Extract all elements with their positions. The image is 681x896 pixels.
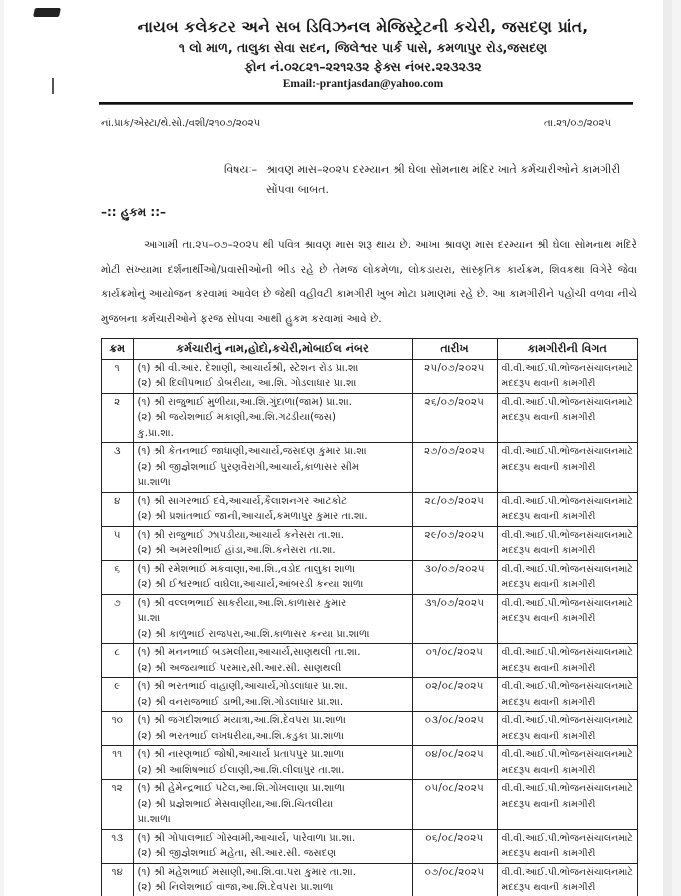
employee-line: (૨) શ્રી ઈશ્વરભાઈ વાઘેલા,આચાર્ય,આંબરડી ક… (138, 577, 408, 593)
task-line: વી.વી.આઈ.પી.ભોજનસંચાલનમાટે (502, 713, 633, 729)
duty-date-cell: ૦૫/૦૮/૨૦૨૫ (412, 780, 497, 830)
duty-date-cell: ૨૯/૦૭/૨૦૨૫ (412, 526, 497, 560)
employee-names-cell: (૧) શ્રી વલ્લભભાઈ સાકરીયા,આ.શિ.કાળાસર કુ… (133, 594, 412, 644)
serial-no-cell: ૮ (102, 644, 134, 678)
employee-line: (૧) શ્રી જગદીશભાઈ મયાત્રા,આ.શિ.દેવપરા પ્… (138, 713, 408, 729)
employee-line: (૧) શ્રી રાજુભાઈ મુળીયા,આ.શિ.ગુંદાળા(જામ… (138, 395, 408, 411)
task-line: મદદરૂપ થવાની કામગીરી (502, 611, 633, 627)
serial-no-cell: ૧૩ (102, 829, 134, 863)
serial-no-cell: ૧૧ (102, 746, 134, 780)
table-row: ૧૪(૧) શ્રી મહેશભાઈ મસાણી,આ.શિ.વા.પરા કુમ… (102, 863, 638, 896)
letterhead-divider (99, 102, 633, 105)
employee-names-cell: (૧) શ્રી રાજુભાઈ ઝાપડીયા,આચાર્ય કનેસરા ત… (133, 526, 412, 560)
table-row: ૧(૧) શ્રી વી.આર. દેશાણી, આચાર્યશ્રી, સ્ટ… (102, 359, 638, 393)
duty-assignment-table: ક્રમ કર્મચારીનું નામ,હોદો,કચેરી,મોબાઈલ ન… (101, 338, 638, 896)
subject-text: શ્રાવણ માસ–૨૦૨૫ દરમ્યાન શ્રી ઘેલા સોમનાથ… (266, 160, 636, 200)
task-details-cell: વી.વી.આઈ.પી.ભોજનસંચાલનમાટેમદદરૂપ થવાની ક… (497, 644, 637, 678)
employee-names-cell: (૧) શ્રી કેતનભાઈ જાધાણી,આચાર્ય,જસદણ કુમા… (133, 443, 412, 493)
task-details-cell: વી.વી.આઈ.પી.ભોજનસંચાલનમાટેમદદરૂપ થવાની ક… (497, 560, 637, 594)
serial-no-cell: ૧૦ (102, 712, 134, 746)
task-line: મદદરૂપ થવાની કામગીરી (502, 543, 633, 559)
task-line: વી.વી.આઈ.પી.ભોજનસંચાલનમાટે (502, 494, 633, 510)
employee-line: (૧) શ્રી કેતનભાઈ જાધાણી,આચાર્ય,જસદણ કુમા… (138, 444, 408, 460)
task-line: મદદરૂપ થવાની કામગીરી (502, 577, 633, 593)
employee-names-cell: (૧) શ્રી વી.આર. દેશાણી, આચાર્યશ્રી, સ્ટે… (133, 359, 412, 393)
task-line: વી.વી.આઈ.પી.ભોજનસંચાલનમાટે (502, 865, 633, 881)
table-row: ૬(૧) શ્રી રમેશભાઈ મકવાણા,આ.શિ.,વડોદ તાલુ… (102, 560, 638, 594)
employee-line: (૧) શ્રી ભરતભાઈ વાહાણી,આચાર્ય,ગોડલાધાર પ… (138, 679, 408, 695)
duty-date-cell: ૦૧/૦૮/૨૦૨૫ (412, 644, 497, 678)
serial-no-cell: ૫ (102, 526, 134, 560)
order-heading: –:: હુકમ ::– (101, 205, 166, 220)
employee-line: (૨) શ્રી અજયભાઈ પરમાર,સી.આર.સી. સાણથલી (138, 661, 408, 677)
serial-no-cell: ૪ (102, 492, 134, 526)
duty-date-cell: ૨૮/૦૭/૨૦૨૫ (412, 492, 497, 526)
page-edge (663, 0, 672, 896)
table-row: ૮(૧) શ્રી મનનભાઈ બડમલીયા,આચાર્ય,સાણથલી ત… (102, 644, 638, 678)
office-title: નાયબ કલેકટર અને સબ ડિવિઝનલ મેજિસ્ટ્રેટની… (54, 18, 672, 37)
table-row: ૧૦(૧) શ્રી જગદીશભાઈ મયાત્રા,આ.શિ.દેવપરા … (102, 712, 638, 746)
header-date: તારીખ (412, 339, 497, 360)
employee-line: (૨) શ્રી ભરતભાઈ લખધરીયા,આ.શિ.કડુકા પ્રા.… (138, 729, 408, 745)
duty-date-cell: ૦૨/૦૮/૨૦૨૫ (412, 678, 497, 712)
table-row: ૪(૧) શ્રી સાગરભાઈ દવે,આચાર્ય,કૈલાશનગર આટ… (102, 492, 638, 526)
employee-line: પ્રા.શાળા (138, 475, 408, 491)
employee-names-cell: (૧) શ્રી રમેશભાઈ મકવાણા,આ.શિ.,વડોદ તાલુક… (133, 560, 412, 594)
employee-line: કુ.પ્રા.શા. (138, 426, 408, 442)
employee-line: (૧) શ્રી હેમેન્દ્રભાઈ પટેલ,આ.શિ.ગોખલાણા … (138, 781, 408, 797)
duty-date-cell: ૩૧/૦૭/૨૦૨૫ (412, 594, 497, 644)
task-line: વી.વી.આઈ.પી.ભોજનસંચાલનમાટે (502, 444, 633, 460)
task-details-cell: વી.વી.આઈ.પી.ભોજનસંચાલનમાટેમદદરૂપ થવાની ક… (497, 863, 637, 896)
employee-line: (૨) શ્રી પ્રજ્ઞેશભાઈ મેસવાણીયા,આ.શિ.ચિતલ… (138, 797, 408, 813)
serial-no-cell: ૧૨ (102, 780, 134, 830)
task-line: મદદરૂપ થવાની કામગીરી (502, 729, 633, 745)
header-serial-no: ક્રમ (102, 339, 134, 360)
employee-line: (૧) શ્રી વલ્લભભાઈ સાકરીયા,આ.શિ.કાળાસર કુ… (138, 596, 408, 612)
ink-mark (33, 8, 61, 17)
task-details-cell: વી.વી.આઈ.પી.ભોજનસંચાલનમાટેમદદરૂપ થવાની ક… (497, 712, 637, 746)
employee-names-cell: (૧) શ્રી ભરતભાઈ વાહાણી,આચાર્ય,ગોડલાધાર પ… (133, 678, 412, 712)
employee-line: (૨) શ્રી નિલેશભાઈ વાજા,આ.શિ.દેવપરા પ્રા.… (138, 880, 408, 896)
reference-number: નાં.પ્રાક/એસ્ટા/થે.સો./વશી/૨૧૦૭/૨૦૨૫ (101, 118, 260, 129)
office-address: ૧ લો માળ, તાલુકા સેવા સદન, જિલેશ્વર પાર્… (54, 40, 672, 56)
employee-line: પ્રા.શા (138, 611, 408, 627)
serial-no-cell: ૧ (102, 359, 134, 393)
serial-no-cell: ૩ (102, 443, 134, 493)
table-row: ૨(૧) શ્રી રાજુભાઈ મુળીયા,આ.શિ.ગુંદાળા(જા… (102, 393, 638, 443)
header-employee-details: કર્મચારીનું નામ,હોદો,કચેરી,મોબાઈલ નંબર (133, 339, 412, 360)
duty-date-cell: ૦૩/૦૮/૨૦૨૫ (412, 712, 497, 746)
task-line: વી.વી.આઈ.પી.ભોજનસંચાલનમાટે (502, 679, 633, 695)
task-details-cell: વી.વી.આઈ.પી.ભોજનસંચાલનમાટેમદદરૂપ થવાની ક… (497, 443, 637, 493)
serial-no-cell: ૧૪ (102, 863, 134, 896)
table-row: ૧૧(૧) શ્રી નારણભાઈ જોષી,આચાર્ય પ્રતાપપુર… (102, 746, 638, 780)
duty-date-cell: ૨૫/૦૭/૨૦૨૫ (412, 359, 497, 393)
letterhead: નાયબ કલેકટર અને સબ ડિવિઝનલ મેજિસ્ટ્રેટની… (4, 18, 672, 90)
task-line: મદદરૂપ થવાની કામગીરી (502, 763, 633, 779)
table-row: ૯(૧) શ્રી ભરતભાઈ વાહાણી,આચાર્ય,ગોડલાધાર … (102, 678, 638, 712)
employee-line: (૨) શ્રી જયેશભાઈ મકાણી,આ.શિ.ગઢડીયા(જસ) (138, 410, 408, 426)
document-page: નાયબ કલેકટર અને સબ ડિવિઝનલ મેજિસ્ટ્રેટની… (4, 0, 672, 896)
employee-line: (૨) શ્રી આશિષભાઈ ઈલાણી,આ.શિ.લીલાપુર તા.શ… (138, 763, 408, 779)
task-line: મદદરૂપ થવાની કામગીરી (502, 846, 633, 862)
table-header-row: ક્રમ કર્મચારીનું નામ,હોદો,કચેરી,મોબાઈલ ન… (102, 339, 638, 360)
task-line: મદદરૂપ થવાની કામગીરી (502, 661, 633, 677)
task-line: મદદરૂપ થવાની કામગીરી (502, 509, 633, 525)
serial-no-cell: ૭ (102, 594, 134, 644)
employee-line: (૨) શ્રી અમરશીભાઈ હાંડા,આ.શિ.કનેસરા તા.શ… (138, 543, 408, 559)
duty-date-cell: ૦૪/૦૮/૨૦૨૫ (412, 746, 497, 780)
employee-line: (૧) શ્રી વી.આર. દેશાણી, આચાર્યશ્રી, સ્ટે… (138, 361, 408, 377)
task-line: વી.વી.આઈ.પી.ભોજનસંચાલનમાટે (502, 747, 633, 763)
task-line: વી.વી.આઈ.પી.ભોજનસંચાલનમાટે (502, 645, 633, 661)
task-line: વી.વી.આઈ.પી.ભોજનસંચાલનમાટે (502, 528, 633, 544)
task-line: મદદરૂપ થવાની કામગીરી (502, 376, 633, 392)
table-row: ૩(૧) શ્રી કેતનભાઈ જાધાણી,આચાર્ય,જસદણ કુમ… (102, 443, 638, 493)
office-phone-fax: ફોન નં.૦૨૮૨૧–૨૨૧૨૩૨ ફેક્સ નંબર.૨૨૩૨૩૨ (54, 59, 672, 75)
employee-line: (૧) શ્રી મહેશભાઈ મસાણી,આ.શિ.વા.પરા કુમાર… (138, 865, 408, 881)
task-line: વી.વી.આઈ.પી.ભોજનસંચાલનમાટે (502, 781, 633, 797)
employee-line: (૨) શ્રી કાળુભાઈ રાજપરા,આ.શિ.કાળાસર કન્ય… (138, 627, 408, 643)
table-row: ૫(૧) શ્રી રાજુભાઈ ઝાપડીયા,આચાર્ય કનેસરા … (102, 526, 638, 560)
employee-line: (૧) શ્રી ગોપાલભાઈ ગોસ્વામી,આચાર્ય, પારેવ… (138, 831, 408, 847)
employee-line: (૧) શ્રી સાગરભાઈ દવે,આચાર્ય,કૈલાશનગર આટક… (138, 494, 408, 510)
task-details-cell: વી.વી.આઈ.પી.ભોજનસંચાલનમાટેમદદરૂપ થવાની ક… (497, 594, 637, 644)
subject-line: વિષયઃ–શ્રાવણ માસ–૨૦૨૫ દરમ્યાન શ્રી ઘેલા … (224, 160, 639, 200)
employee-names-cell: (૧) શ્રી ગોપાલભાઈ ગોસ્વામી,આચાર્ય, પારેવ… (133, 829, 412, 863)
task-details-cell: વી.વી.આઈ.પી.ભોજનસંચાલનમાટેમદદરૂપ થવાની ક… (497, 526, 637, 560)
header-task-details: કામગીરીની વિગત (497, 339, 637, 360)
table-row: ૧૨(૧) શ્રી હેમેન્દ્રભાઈ પટેલ,આ.શિ.ગોખલાણ… (102, 780, 638, 830)
task-line: વી.વી.આઈ.પી.ભોજનસંચાલનમાટે (502, 361, 633, 377)
employee-names-cell: (૧) શ્રી હેમેન્દ્રભાઈ પટેલ,આ.શિ.ગોખલાણા … (133, 780, 412, 830)
task-details-cell: વી.વી.આઈ.પી.ભોજનસંચાલનમાટેમદદરૂપ થવાની ક… (497, 359, 637, 393)
task-details-cell: વી.વી.આઈ.પી.ભોજનસંચાલનમાટેમદદરૂપ થવાની ક… (497, 678, 637, 712)
task-line: વી.વી.આઈ.પી.ભોજનસંચાલનમાટે (502, 596, 633, 612)
task-line: વી.વી.આઈ.પી.ભોજનસંચાલનમાટે (502, 831, 633, 847)
duty-date-cell: ૨૬/૦૭/૨૦૨૫ (412, 393, 497, 443)
serial-no-cell: ૯ (102, 678, 134, 712)
task-details-cell: વી.વી.આઈ.પી.ભોજનસંચાલનમાટેમદદરૂપ થવાની ક… (497, 829, 637, 863)
employee-line: (૨) શ્રી દિલીપભાઈ ડોબરીયા, આ.શિ. ગોડલાધા… (138, 376, 408, 392)
task-line: વી.વી.આઈ.પી.ભોજનસંચાલનમાટે (502, 562, 633, 578)
task-line: વી.વી.આઈ.પી.ભોજનસંચાલનમાટે (502, 395, 633, 411)
serial-no-cell: ૨ (102, 393, 134, 443)
employee-line: (૨) શ્રી પ્રશાંતભાઈ જાની,આચાર્ય,કમળાપુર … (138, 509, 408, 525)
employee-line: (૧) શ્રી નારણભાઈ જોષી,આચાર્ય પ્રતાપપુર પ… (138, 747, 408, 763)
employee-names-cell: (૧) શ્રી જગદીશભાઈ મયાત્રા,આ.શિ.દેવપરા પ્… (133, 712, 412, 746)
duty-date-cell: ૦૬/૦૮/૨૦૨૫ (412, 829, 497, 863)
employee-names-cell: (૧) શ્રી સાગરભાઈ દવે,આચાર્ય,કૈલાશનગર આટક… (133, 492, 412, 526)
employee-line: (૧) શ્રી રાજુભાઈ ઝાપડીયા,આચાર્ય કનેસરા ત… (138, 528, 408, 544)
employee-line: પ્રા.શાળા (138, 812, 408, 828)
employee-names-cell: (૧) શ્રી મનનભાઈ બડમલીયા,આચાર્ય,સાણથલી તા… (133, 644, 412, 678)
employee-line: (૨) શ્રી જીજ્ઞેશભાઈ મહેતા, સી.આર.સી. જસદ… (138, 846, 408, 862)
task-line: મદદરૂપ થવાની કામગીરી (502, 695, 633, 711)
duty-date-cell: ૦૭/૦૮/૨૦૨૫ (412, 863, 497, 896)
employee-line: (૨) શ્રી જીજ્ઞેશભાઈ પુરણવૈરાગી,આચાર્ય,કા… (138, 460, 408, 476)
serial-no-cell: ૬ (102, 560, 134, 594)
subject-label: વિષયઃ– (224, 160, 266, 180)
task-line: મદદરૂપ થવાની કામગીરી (502, 410, 633, 426)
task-details-cell: વી.વી.આઈ.પી.ભોજનસંચાલનમાટેમદદરૂપ થવાની ક… (497, 780, 637, 830)
order-body-paragraph: આગામી તા.૨૫–૦૭–૨૦૨૫ થી પવિત્ર શ્રાવણ માસ… (101, 233, 637, 331)
office-email: Email:-prantjasdan@yahoo.com (54, 78, 672, 90)
employee-line: (૧) શ્રી મનનભાઈ બડમલીયા,આચાર્ય,સાણથલી તા… (138, 645, 408, 661)
employee-names-cell: (૧) શ્રી રાજુભાઈ મુળીયા,આ.શિ.ગુંદાળા(જામ… (133, 393, 412, 443)
task-line: મદદરૂપ થવાની કામગીરી (502, 880, 633, 896)
duty-date-cell: ૩૦/૦૭/૨૦૨૫ (412, 560, 497, 594)
duty-date-cell: ૨૭/૦૭/૨૦૨૫ (412, 443, 497, 493)
task-line: મદદરૂપ થવાની કામગીરી (502, 460, 633, 476)
table-row: ૧૩(૧) શ્રી ગોપાલભાઈ ગોસ્વામી,આચાર્ય, પાર… (102, 829, 638, 863)
employee-line: (૨) શ્રી વનરાજભાઈ ડાભી,આ.શિ.ગોડલાધાર પ્ર… (138, 695, 408, 711)
task-line: મદદરૂપ થવાની કામગીરી (502, 797, 633, 813)
employee-line: (૧) શ્રી રમેશભાઈ મકવાણા,આ.શિ.,વડોદ તાલુક… (138, 562, 408, 578)
task-details-cell: વી.વી.આઈ.પી.ભોજનસંચાલનમાટેમદદરૂપ થવાની ક… (497, 393, 637, 443)
employee-names-cell: (૧) શ્રી મહેશભાઈ મસાણી,આ.શિ.વા.પરા કુમાર… (133, 863, 412, 896)
task-details-cell: વી.વી.આઈ.પી.ભોજનસંચાલનમાટેમદદરૂપ થવાની ક… (497, 492, 637, 526)
task-details-cell: વી.વી.આઈ.પી.ભોજનસંચાલનમાટેમદદરૂપ થવાની ક… (497, 746, 637, 780)
table-row: ૭(૧) શ્રી વલ્લભભાઈ સાકરીયા,આ.શિ.કાળાસર ક… (102, 594, 638, 644)
employee-names-cell: (૧) શ્રી નારણભાઈ જોષી,આચાર્ય પ્રતાપપુર પ… (133, 746, 412, 780)
letter-date: તા.૨૧/૦૭/૨૦૨૫ (544, 118, 611, 129)
